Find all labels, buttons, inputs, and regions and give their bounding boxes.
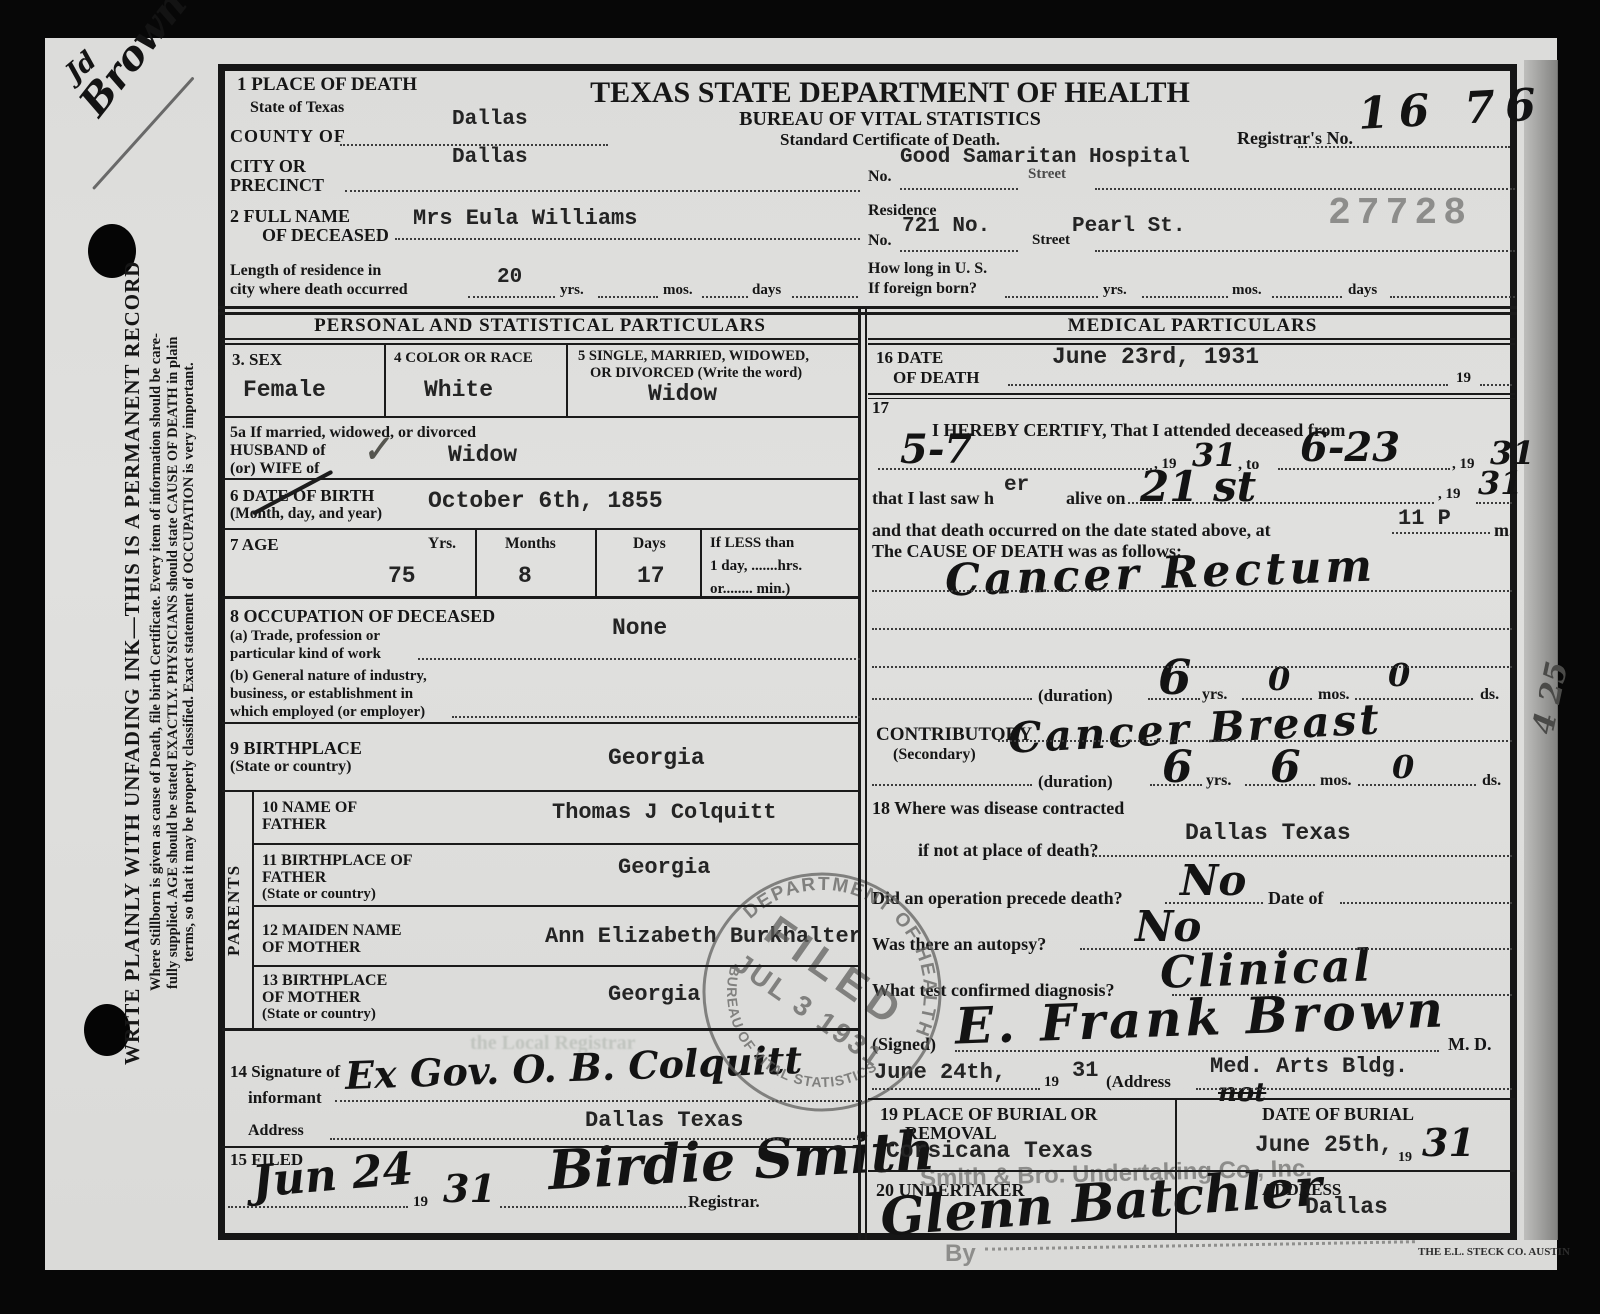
father-bp-label-2: FATHER — [262, 869, 326, 887]
deceased-name-value: Mrs Eula Williams — [413, 206, 637, 231]
rule — [222, 343, 860, 345]
dotted-line — [1095, 250, 1515, 252]
filed-stamp: DEPARTMENT OF HEALTH BUREAU OF VITAL STA… — [672, 842, 972, 1142]
dotted-line — [1128, 502, 1434, 504]
dotted-line — [1272, 296, 1342, 298]
dotted-line — [228, 1206, 408, 1208]
vertical-rule — [595, 528, 597, 596]
state-of-texas: State of Texas — [250, 99, 344, 117]
rule — [868, 1098, 1515, 1100]
dotted-line — [598, 296, 658, 298]
rule — [222, 1028, 860, 1031]
address-paren-label: (Address — [1106, 1072, 1171, 1092]
occ-a-2: particular kind of work — [230, 646, 381, 663]
occupation-label: 8 OCCUPATION OF DECEASED — [230, 606, 495, 627]
rule — [252, 965, 860, 967]
age-months-value: 8 — [518, 563, 532, 589]
occ-b-2: business, or establishment in — [230, 686, 413, 703]
dotted-line — [1340, 902, 1512, 904]
birthplace-label-2: (State or country) — [230, 758, 351, 776]
dotted-line — [330, 1138, 862, 1140]
contracted-value: Dallas Texas — [1185, 820, 1351, 846]
vertical-rule — [865, 306, 867, 1240]
item17-label: 17 — [872, 398, 889, 418]
margin-note-2: fully supplied. AGE should be stated EXA… — [165, 70, 182, 1255]
rule — [222, 722, 860, 724]
rule — [222, 790, 860, 792]
item1-label: 1 PLACE OF DEATH — [237, 74, 417, 96]
dotted-line — [418, 658, 860, 660]
dotted-line — [1092, 855, 1512, 857]
printer-credit: THE E.L. STECK CO. AUSTIN — [1418, 1246, 1570, 1258]
rule — [222, 478, 860, 480]
birthplace-label-1: 9 BIRTHPLACE — [230, 738, 362, 759]
age-label: 7 AGE — [230, 535, 279, 555]
dotted-line — [872, 590, 1512, 592]
residence-no-value: 721 No. — [902, 215, 990, 238]
paper-edge-shadow — [1524, 60, 1558, 1240]
rule — [868, 338, 1515, 340]
occ-b-1: (b) General nature of industry, — [230, 668, 427, 685]
dept-title: TEXAS STATE DEPARTMENT OF HEALTH — [560, 76, 1220, 110]
dotted-line — [1355, 698, 1473, 700]
saw-year: 31 — [1478, 464, 1523, 502]
street-label-1: Street — [1028, 166, 1066, 183]
dotted-line — [468, 296, 555, 298]
duration2-ds-label: ds. — [1482, 772, 1501, 790]
dotted-line — [1480, 384, 1512, 386]
vertical-rule — [566, 344, 568, 416]
mother-label-1: 12 MAIDEN NAME — [262, 922, 402, 940]
father-label-2: FATHER — [262, 816, 326, 834]
rule — [868, 398, 1515, 399]
occ-b-3: which employed (or employer) — [230, 704, 425, 721]
rule — [868, 393, 1515, 395]
fullname-label-2: OF DECEASED — [262, 225, 389, 246]
burial-date-label: DATE OF BURIAL — [1262, 1104, 1414, 1125]
father-value: Thomas J Colquitt — [552, 800, 776, 825]
duration2-label: (duration) — [1038, 772, 1113, 792]
rule — [868, 343, 1515, 345]
residence-no-label: No. — [868, 232, 892, 250]
father-bp-label-3: (State or country) — [262, 886, 376, 903]
dotted-line — [1392, 532, 1490, 534]
parents-label: PARENTS — [224, 795, 244, 1025]
rule — [222, 416, 860, 418]
duration2-ds-value: 0 — [1392, 748, 1414, 786]
dotted-line — [1172, 994, 1512, 996]
burial-date-value: June 25th, — [1255, 1132, 1393, 1158]
attended-from-value: 5-7 — [900, 426, 972, 473]
dod-label-2: OF DEATH — [893, 368, 979, 388]
us-mos-label: mos. — [1232, 282, 1262, 299]
residence-street-label: Street — [1032, 232, 1070, 249]
fullname-label-1: 2 FULL NAME — [230, 206, 350, 227]
duration2-yrs-label: yrs. — [1206, 772, 1231, 790]
dotted-line — [702, 296, 748, 298]
mother-label-2: OF MOTHER — [262, 939, 361, 957]
operation-value: No — [1180, 856, 1246, 905]
length-label-2: city where death occurred — [230, 281, 408, 299]
us-days-label: days — [1348, 282, 1377, 299]
duration1-label: (duration) — [1038, 686, 1113, 706]
physician-address-value: Med. Arts Bldg. — [1210, 1054, 1408, 1079]
length-mos-label: mos. — [663, 282, 693, 299]
city-value: Dallas — [452, 146, 528, 169]
dotted-line — [1142, 296, 1228, 298]
dotted-line — [335, 1100, 862, 1102]
marital-label-2: OR DIVORCED (Write the word) — [590, 365, 802, 382]
address-scribble: not — [1218, 1078, 1266, 1108]
burial-year: 31 — [1422, 1120, 1475, 1165]
dotted-line — [878, 468, 1152, 470]
mother-bp-label-3: (State or country) — [262, 1006, 376, 1023]
rule — [222, 528, 860, 530]
occurred-label: and that death occurred on the date stat… — [872, 520, 1271, 541]
us-label-2: If foreign born? — [868, 280, 977, 298]
dotted-line — [955, 1050, 1439, 1052]
birthplace-value: Georgia — [608, 745, 705, 771]
saw-label-1: that I last saw h — [872, 488, 994, 509]
medical-section-title: MEDICAL PARTICULARS — [870, 315, 1515, 337]
dotted-line — [340, 144, 608, 146]
margin-bold-instruction: WRITE PLAINLY WITH UNFADING INK—THIS IS … — [120, 70, 145, 1255]
county-label: COUNTY OF — [230, 126, 346, 147]
us-label-1: How long in U. S. — [868, 260, 987, 278]
rule — [252, 905, 860, 907]
dotted-line — [872, 628, 1512, 630]
dotted-line — [1005, 296, 1098, 298]
autopsy-value: No — [1135, 902, 1201, 951]
occurred-m-label: m. — [1494, 520, 1514, 541]
burial-19: 19 — [1398, 1150, 1412, 1166]
to-19: , 19 — [1452, 456, 1475, 473]
dotted-line — [1278, 468, 1450, 470]
vertical-rule — [252, 790, 254, 1028]
saw-er-value: er — [1004, 474, 1029, 497]
county-value: Dallas — [452, 108, 528, 131]
father-bp-label-1: 11 BIRTHPLACE OF — [262, 852, 413, 870]
rule — [868, 1170, 1515, 1172]
dotted-line — [1148, 698, 1200, 700]
dotted-line — [1080, 948, 1512, 950]
margin-note-1: Where Stillborn is given as cause of Dea… — [148, 70, 165, 1255]
md-label: M. D. — [1448, 1034, 1492, 1055]
by-stamp: By — [945, 1240, 976, 1268]
age-less-2: 1 day, .......hrs. — [710, 558, 802, 575]
dotted-line — [872, 666, 1512, 668]
m5a-check-mark: ✓ — [359, 428, 393, 472]
city-label-1: CITY OR — [230, 156, 306, 177]
dotted-line — [395, 238, 860, 240]
vertical-rule — [700, 528, 702, 596]
duration2-mos-label: mos. — [1320, 772, 1352, 790]
date-of-label: Date of — [1268, 888, 1323, 909]
dotted-line — [1476, 502, 1512, 504]
race-value: White — [424, 377, 493, 403]
m5a-label-3: (or) WIFE of — [230, 460, 319, 478]
dotted-line — [1150, 784, 1202, 786]
dod-label-1: 16 DATE — [876, 348, 943, 368]
duration1-yrs-label: yrs. — [1202, 686, 1227, 704]
residence-street-value: Pearl St. — [1072, 215, 1185, 238]
length-value: 20 — [497, 266, 522, 289]
vertical-rule — [1175, 1098, 1177, 1233]
attended-to-value: 6-23 — [1300, 424, 1400, 471]
dob-value: October 6th, 1855 — [428, 488, 663, 514]
sex-value: Female — [243, 377, 326, 403]
dotted-line — [998, 740, 1512, 742]
dotted-line — [452, 716, 860, 718]
dotted-line — [500, 1206, 686, 1208]
no-label-1: No. — [868, 168, 892, 186]
dotted-line — [1008, 384, 1448, 386]
dotted-line — [872, 784, 1032, 786]
age-days-value: 17 — [637, 563, 665, 589]
length-days-label: days — [752, 282, 781, 299]
rule — [218, 312, 1517, 315]
mother-bp-label-1: 13 BIRTHPLACE — [262, 972, 387, 990]
dotted-line — [792, 296, 858, 298]
scanned-death-certificate: Brown Jd WRITE PLAINLY WITH UNFADING INK… — [0, 0, 1600, 1314]
dod-19: 19 — [1456, 370, 1471, 387]
filed-year: 31 — [443, 1166, 496, 1211]
saw-label-2: alive on — [1066, 488, 1126, 509]
length-yrs-label: yrs. — [560, 282, 584, 299]
signed-19: 19 — [1044, 1074, 1059, 1091]
dotted-line — [1390, 296, 1515, 298]
m5a-value: Widow — [448, 442, 517, 468]
dotted-line — [1095, 188, 1515, 190]
city-label-2: PRECINCT — [230, 175, 324, 196]
occurred-time-value: 11 P — [1398, 506, 1451, 531]
address-label: Address — [248, 1122, 304, 1140]
dotted-line — [1242, 698, 1312, 700]
marital-value: Widow — [648, 381, 717, 407]
length-label-1: Length of residence in — [230, 262, 381, 280]
father-label-1: 10 NAME OF — [262, 799, 357, 817]
dod-value: June 23rd, 1931 — [1052, 344, 1259, 370]
dotted-line — [872, 1088, 1040, 1090]
dotted-line — [900, 188, 1018, 190]
margin-note-3: terms, so that it may be properly classi… — [181, 70, 198, 1255]
vertical-rule — [475, 528, 477, 596]
rule — [222, 1146, 860, 1148]
vertical-rule — [384, 344, 386, 416]
personal-section-title: PERSONAL AND STATISTICAL PARTICULARS — [222, 315, 858, 337]
race-label: 4 COLOR OR RACE — [394, 350, 533, 367]
rule — [252, 843, 860, 845]
duration1-ds-value: 0 — [1388, 656, 1410, 694]
age-yrs-label: Yrs. — [428, 535, 456, 553]
dotted-line — [1358, 784, 1476, 786]
age-yrs-value: 75 — [388, 563, 416, 589]
dotted-line — [1196, 1088, 1512, 1090]
marital-label-1: 5 SINGLE, MARRIED, WIDOWED, — [578, 348, 809, 365]
undertaker-address-value: Dallas — [1305, 1194, 1388, 1220]
rule — [218, 306, 1517, 309]
mother-bp-label-2: OF MOTHER — [262, 989, 361, 1007]
rule — [222, 596, 860, 599]
dotted-line — [1165, 902, 1263, 904]
duration1-ds-label: ds. — [1480, 686, 1499, 704]
signed-year: 31 — [1072, 1058, 1098, 1083]
informant-label-1: 14 Signature of — [230, 1062, 340, 1082]
dotted-line — [1298, 146, 1510, 148]
dotted-line — [872, 698, 1032, 700]
certify-text: I HEREBY CERTIFY, That I attended deceas… — [932, 420, 1345, 441]
age-days-label: Days — [633, 535, 666, 553]
dotted-line — [1245, 784, 1315, 786]
occ-a-1: (a) Trade, profession or — [230, 628, 380, 645]
m5a-label-2: HUSBAND of — [230, 442, 326, 460]
rule — [222, 338, 860, 340]
registrar-no-value: 16 76 — [1357, 79, 1547, 140]
dotted-line — [900, 250, 1018, 252]
sex-label: 3. SEX — [232, 350, 282, 370]
saw-19: , 19 — [1438, 486, 1461, 503]
age-less-1: If LESS than — [710, 535, 794, 552]
bureau-title: BUREAU OF VITAL STATISTICS — [560, 108, 1220, 131]
contracted-label-1: 18 Where was disease contracted — [872, 798, 1124, 819]
filed-19: 19 — [413, 1194, 428, 1211]
occupation-value: None — [612, 615, 667, 641]
age-months-label: Months — [505, 535, 556, 553]
us-yrs-label: yrs. — [1103, 282, 1127, 299]
dotted-line — [345, 190, 860, 192]
cert-number-stamp: 27728 — [1328, 192, 1472, 235]
informant-label-2: informant — [248, 1088, 322, 1108]
contributory-label-2: (Secondary) — [893, 746, 976, 764]
registrar-label: Registrar. — [688, 1192, 760, 1212]
m5a-label-1: 5a If married, widowed, or divorced — [230, 424, 476, 442]
